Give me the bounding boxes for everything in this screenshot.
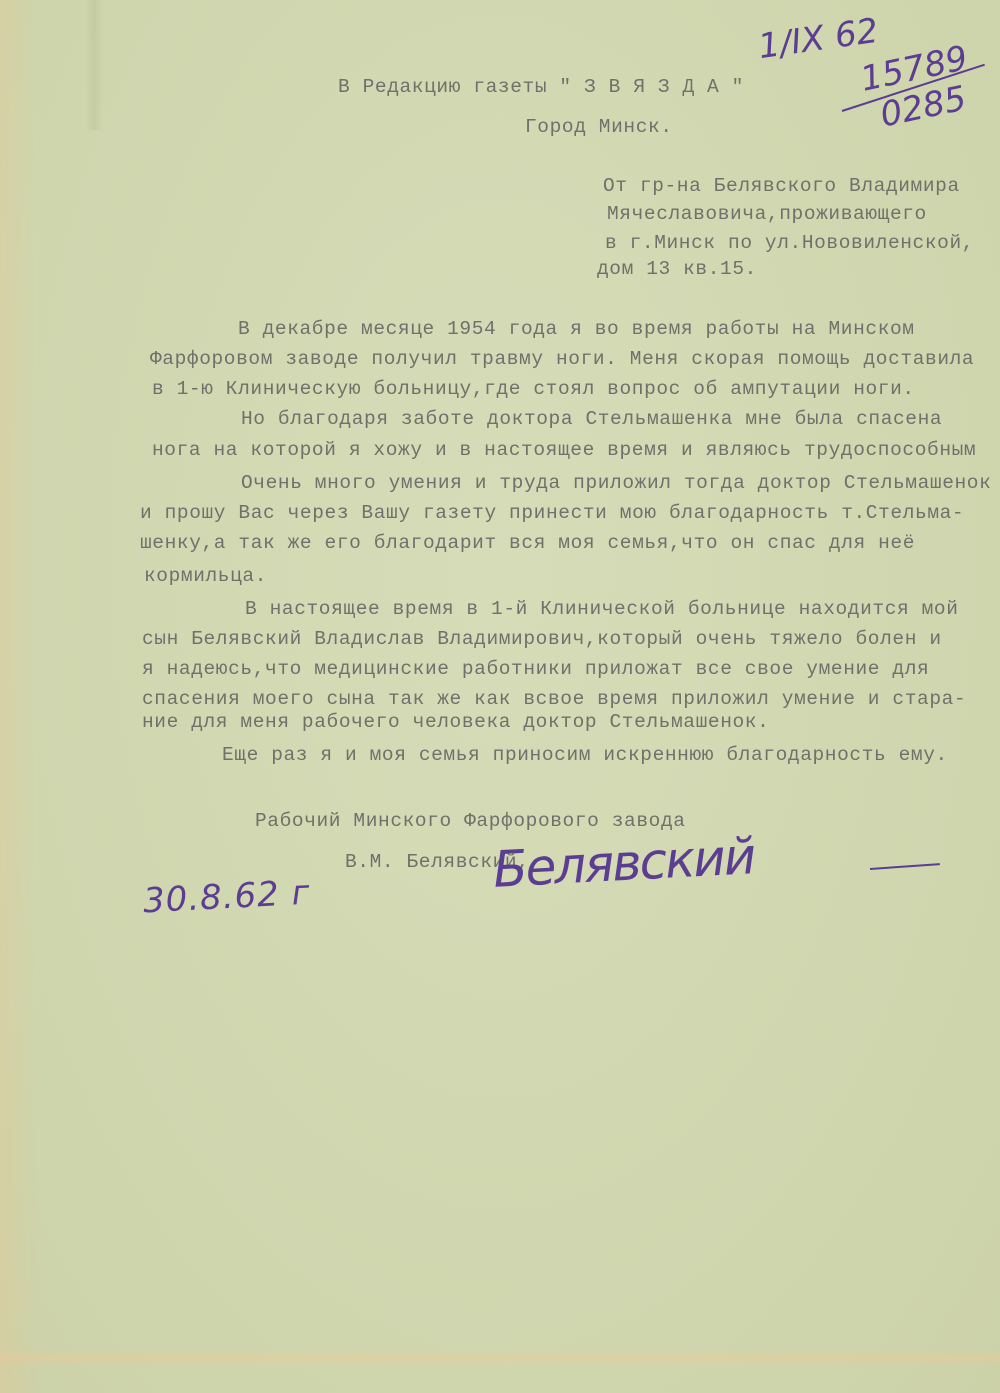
body-line: и прошу Вас через Вашу газету принести м… (140, 504, 964, 524)
body-line: сын Белявский Владислав Владимирович,кот… (142, 630, 942, 650)
body-line: В декабре месяце 1954 года я во время ра… (238, 320, 915, 340)
handwritten-signature: Белявский (492, 831, 756, 895)
body-line: Еще раз я и моя семья приносим искреннюю… (222, 746, 948, 766)
addressee-line-2: Город Минск. (525, 118, 673, 138)
signatory-position: Рабочий Минского Фарфорового завода (255, 812, 686, 832)
sender-line-3: в г.Минск по ул.Нововиленской, (605, 234, 974, 254)
body-line: ние для меня рабочего человека доктор Ст… (142, 713, 769, 733)
body-line: В настоящее время в 1-й Клинической боль… (245, 600, 959, 620)
body-line: нога на которой я хожу и в настоящее вре… (152, 441, 976, 461)
body-line: Очень много умения и труда приложил тогд… (241, 474, 991, 494)
body-line: спасения моего сына так же как всвое вре… (142, 690, 966, 710)
sender-line-4: дом 13 кв.15. (597, 260, 757, 280)
body-line: кормильца. (144, 567, 267, 587)
body-line: Но благодаря заботе доктора Стельмашенка… (241, 410, 942, 430)
body-line: Фарфоровом заводе получил травму ноги. М… (150, 350, 974, 370)
body-line: в 1-ю Клиническую больницу,где стоял воп… (152, 380, 915, 400)
body-line: я надеюсь,что медицинские работники прил… (142, 660, 929, 680)
sender-line-1: От гр-на Белявского Владимира (603, 177, 960, 197)
body-line: шенку,а так же его благодарит вся моя се… (140, 534, 915, 554)
addressee-line-1: В Редакцию газеты " З В Я З Д А " (338, 78, 744, 98)
paper-fold-shadow (85, 0, 103, 130)
sender-line-2: Мячеславовича,проживающего (607, 205, 927, 225)
handwritten-date: 30.8.62 г (142, 876, 311, 919)
